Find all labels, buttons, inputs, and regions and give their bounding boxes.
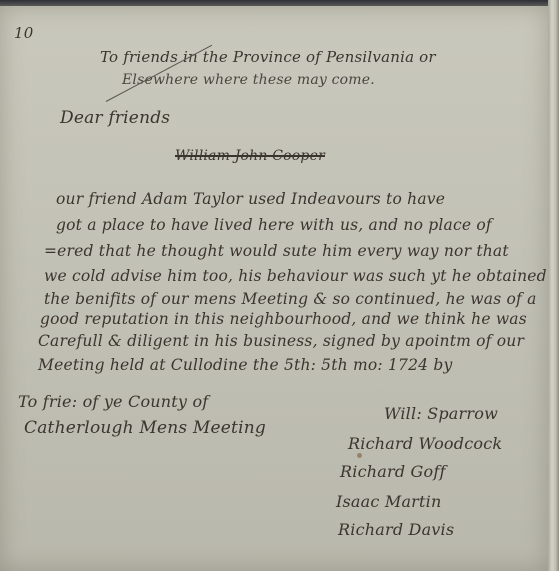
signature: Isaac Martin: [336, 492, 441, 511]
closing-line-1: To frie: of ye County of: [18, 392, 208, 411]
body-line-2: got a place to have lived here with us, …: [56, 216, 492, 234]
struck-out-names: William John Cooper: [175, 148, 325, 164]
salutation: Dear friends: [60, 108, 170, 128]
body-line-7: Carefull & diligent in his business, sig…: [38, 332, 524, 350]
closing-line-2: Catherlough Mens Meeting: [24, 418, 266, 438]
signature: Will: Sparrow: [384, 404, 498, 423]
address-line-2: Elsewhere where these may come.: [122, 72, 375, 88]
signature: Richard Goff: [340, 462, 446, 481]
signature: Richard Woodcock: [348, 434, 502, 453]
body-line-6: good reputation in this neighbourhood, a…: [40, 310, 527, 328]
signature: Richard Davis: [338, 520, 454, 539]
page-number: 10: [14, 24, 34, 42]
body-line-4: we cold advise him too, his behaviour wa…: [44, 267, 547, 285]
manuscript-page: 10 To friends in the Province of Pensilv…: [0, 6, 548, 571]
body-line-5: the benifits of our mens Meeting & so co…: [44, 290, 537, 308]
page-binding-edge: [548, 0, 559, 571]
address-line-1: To friends in the Province of Pensilvani…: [100, 48, 436, 66]
body-line-3: =ered that he thought would sute him eve…: [44, 242, 509, 260]
body-line-1: our friend Adam Taylor used Indeavours t…: [56, 190, 445, 208]
body-line-8: Meeting held at Cullodine the 5th: 5th m…: [38, 356, 452, 374]
ink-stain: [357, 453, 362, 458]
